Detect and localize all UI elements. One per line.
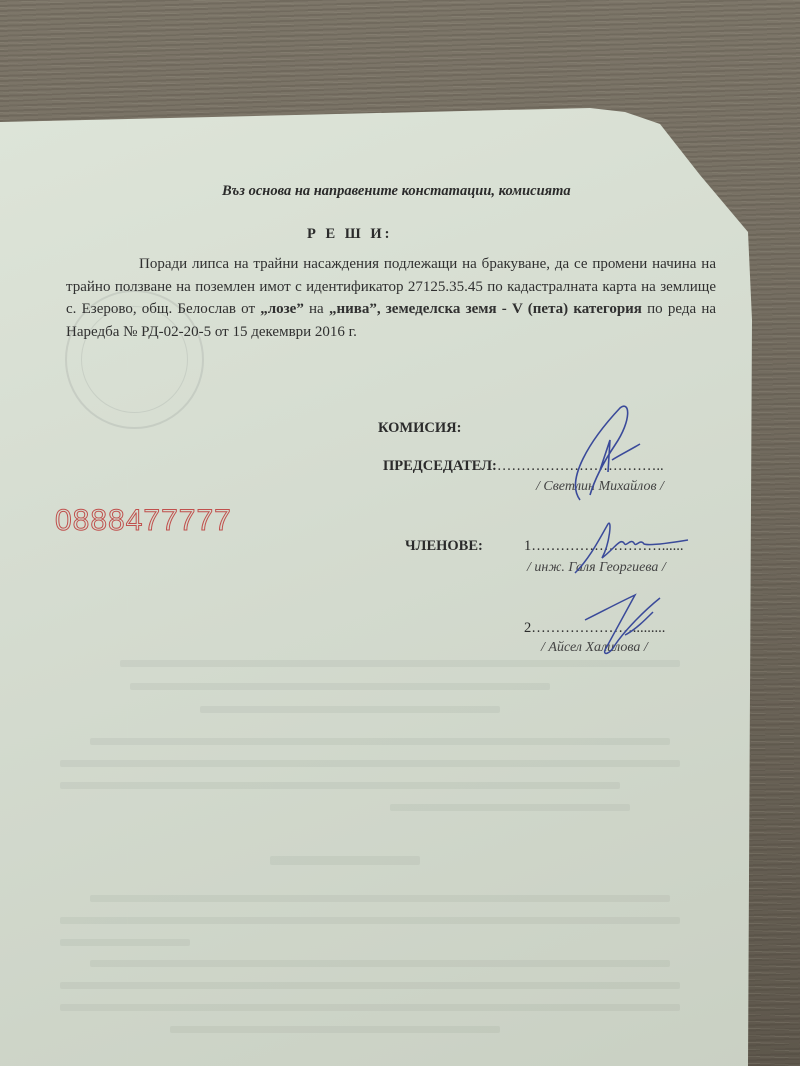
to-use: „нива”, земеделска земя - V (пета) катег… bbox=[329, 301, 642, 317]
member-2-signature bbox=[575, 590, 675, 660]
chair-label: ПРЕДСЕДАТЕЛ: bbox=[383, 458, 497, 474]
members-label: ЧЛЕНОВЕ: bbox=[405, 538, 483, 555]
resolution-heading: Р Е Ш И: bbox=[307, 226, 392, 243]
phone-watermark: 0888477777 bbox=[55, 504, 232, 538]
resolution-body: Поради липса на трайни насаждения подлеж… bbox=[66, 253, 716, 343]
intro-line: Въз основа на направените констатации, к… bbox=[222, 183, 571, 200]
member-1-signature bbox=[570, 518, 690, 578]
body-text-part2: на bbox=[304, 301, 329, 317]
committee-heading: КОМИСИЯ: bbox=[378, 420, 461, 437]
chair-signature bbox=[560, 400, 680, 510]
from-use: „лозе” bbox=[260, 301, 304, 317]
